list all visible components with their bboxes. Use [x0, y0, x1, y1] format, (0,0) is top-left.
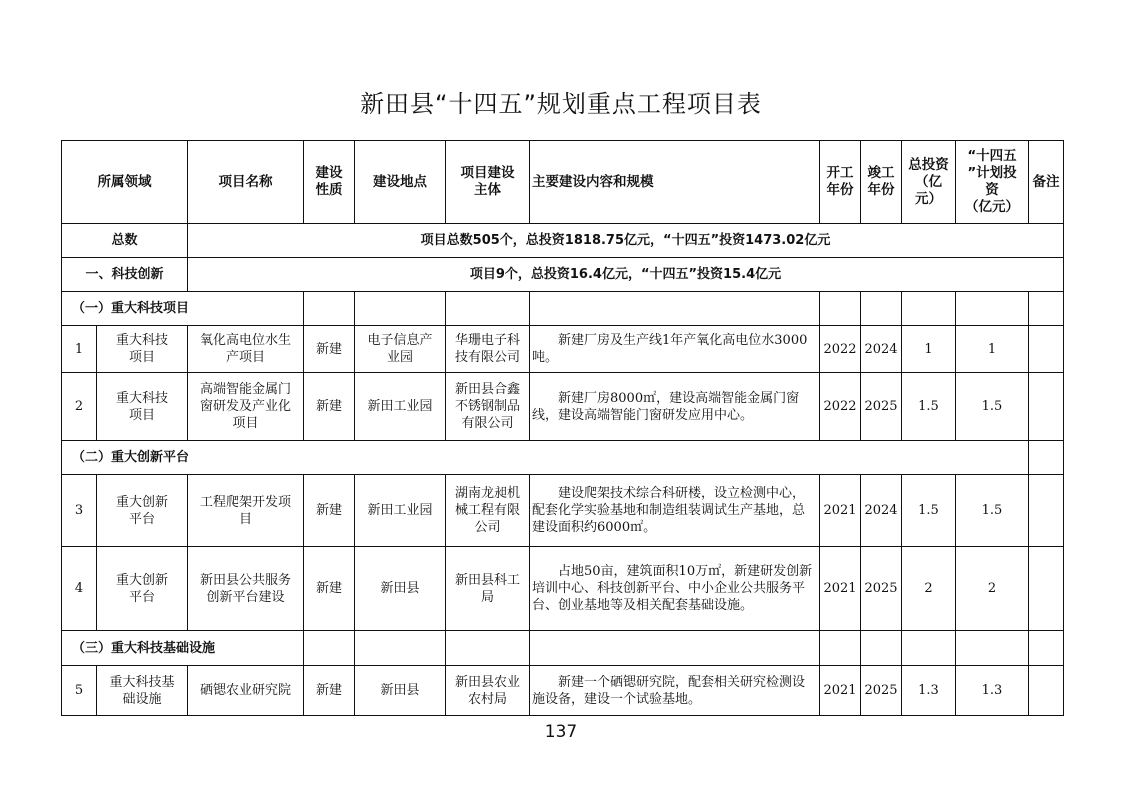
section-label: （二）重大创新平台	[62, 441, 1029, 475]
section-label: （一）重大科技项目	[62, 292, 304, 326]
domain: 重大科技 项目	[97, 373, 188, 441]
nature: 新建	[304, 547, 355, 631]
location: 新田县	[355, 547, 446, 631]
start-year: 2022	[820, 373, 861, 441]
header-row: 所属领域 项目名称 建设 性质 建设地点 项目建设 主体 主要建设内容和规模 开…	[62, 141, 1064, 224]
project-table: 所属领域 项目名称 建设 性质 建设地点 项目建设 主体 主要建设内容和规模 开…	[61, 140, 1064, 716]
seq: 4	[62, 547, 97, 631]
project-name: 新田县公共服务 创新平台建设	[188, 547, 304, 631]
total-invest: 1.3	[902, 666, 956, 716]
location: 新田县	[355, 666, 446, 716]
domain: 重大科技基 础设施	[97, 666, 188, 716]
total-invest: 1	[902, 326, 956, 373]
total-invest: 1.5	[902, 373, 956, 441]
remark	[1029, 666, 1064, 716]
remark	[1029, 373, 1064, 441]
remark	[1029, 326, 1064, 373]
category-label: 一、科技创新	[62, 258, 188, 292]
header-name: 项目名称	[188, 141, 304, 224]
page-number: 137	[0, 722, 1122, 742]
category-row: 一、科技创新 项目9个，总投资16.4亿元，“十四五”投资15.4亿元	[62, 258, 1064, 292]
header-domain: 所属领域	[62, 141, 188, 224]
start-year: 2021	[820, 475, 861, 547]
total-label: 总数	[62, 224, 188, 258]
owner: 华珊电子科 技有限公司	[446, 326, 530, 373]
header-total-invest: 总投资 （亿 元）	[902, 141, 956, 224]
category-summary: 项目9个，总投资16.4亿元，“十四五”投资15.4亿元	[188, 258, 1064, 292]
project-name: 硒锶农业研究院	[188, 666, 304, 716]
table-row: 3 重大创新 平台 工程爬架开发项 目 新建 新田工业园 湖南龙昶机 械工程有限…	[62, 475, 1064, 547]
plan-invest: 1.3	[956, 666, 1029, 716]
start-year: 2021	[820, 666, 861, 716]
header-remark: 备注	[1029, 141, 1064, 224]
remark	[1029, 547, 1064, 631]
section-label: （三）重大科技基础设施	[62, 631, 304, 666]
seq: 5	[62, 666, 97, 716]
owner: 新田县科工 局	[446, 547, 530, 631]
section-row: （二）重大创新平台	[62, 441, 1064, 475]
content: 建设爬架技术综合科研楼，设立检测中心，配套化学实验基地和制造组装调试生产基地，总…	[530, 475, 820, 547]
header-owner: 项目建设 主体	[446, 141, 530, 224]
location: 新田工业园	[355, 373, 446, 441]
content: 占地50亩，建筑面积10万㎡，新建研发创新培训中心、科技创新平台、中小企业公共服…	[530, 547, 820, 631]
plan-invest: 2	[956, 547, 1029, 631]
content: 新建厂房8000㎡，建设高端智能金属门窗线，建设高端智能门窗研发应用中心。	[530, 373, 820, 441]
header-content: 主要建设内容和规模	[530, 141, 820, 224]
header-location: 建设地点	[355, 141, 446, 224]
content: 新建厂房及生产线1年产氧化高电位水3000吨。	[530, 326, 820, 373]
total-invest: 1.5	[902, 475, 956, 547]
header-plan-invest: “十四五 ”计划投 资 （亿元）	[956, 141, 1029, 224]
nature: 新建	[304, 666, 355, 716]
domain: 重大科技 项目	[97, 326, 188, 373]
header-nature: 建设 性质	[304, 141, 355, 224]
table-row: 2 重大科技 项目 高端智能金属门 窗研发及产业化 项目 新建 新田工业园 新田…	[62, 373, 1064, 441]
project-name: 工程爬架开发项 目	[188, 475, 304, 547]
nature: 新建	[304, 475, 355, 547]
end-year: 2025	[861, 373, 902, 441]
start-year: 2022	[820, 326, 861, 373]
total-invest: 2	[902, 547, 956, 631]
owner: 新田县农业 农村局	[446, 666, 530, 716]
end-year: 2025	[861, 666, 902, 716]
table-row: 1 重大科技 项目 氧化高电位水生 产项目 新建 电子信息产 业园 华珊电子科 …	[62, 326, 1064, 373]
plan-invest: 1.5	[956, 475, 1029, 547]
end-year: 2024	[861, 475, 902, 547]
domain: 重大创新 平台	[97, 475, 188, 547]
table-row: 4 重大创新 平台 新田县公共服务 创新平台建设 新建 新田县 新田县科工 局 …	[62, 547, 1064, 631]
remark	[1029, 475, 1064, 547]
nature: 新建	[304, 373, 355, 441]
table-row: 5 重大科技基 础设施 硒锶农业研究院 新建 新田县 新田县农业 农村局 新建一…	[62, 666, 1064, 716]
plan-invest: 1	[956, 326, 1029, 373]
end-year: 2024	[861, 326, 902, 373]
project-name: 高端智能金属门 窗研发及产业化 项目	[188, 373, 304, 441]
location: 电子信息产 业园	[355, 326, 446, 373]
page-title: 新田县“十四五”规划重点工程项目表	[0, 84, 1122, 119]
domain: 重大创新 平台	[97, 547, 188, 631]
header-end-year: 竣工 年份	[861, 141, 902, 224]
owner: 湖南龙昶机 械工程有限 公司	[446, 475, 530, 547]
owner: 新田县合鑫 不锈钢制品 有限公司	[446, 373, 530, 441]
content: 新建一个硒锶研究院，配套相关研究检测设施设备，建设一个试验基地。	[530, 666, 820, 716]
seq: 3	[62, 475, 97, 547]
total-row: 总数 项目总数505个，总投资1818.75亿元，“十四五”投资1473.02亿…	[62, 224, 1064, 258]
nature: 新建	[304, 326, 355, 373]
total-summary: 项目总数505个，总投资1818.75亿元，“十四五”投资1473.02亿元	[188, 224, 1064, 258]
seq: 2	[62, 373, 97, 441]
plan-invest: 1.5	[956, 373, 1029, 441]
section-row: （一）重大科技项目	[62, 292, 1064, 326]
project-name: 氧化高电位水生 产项目	[188, 326, 304, 373]
seq: 1	[62, 326, 97, 373]
location: 新田工业园	[355, 475, 446, 547]
end-year: 2025	[861, 547, 902, 631]
section-row: （三）重大科技基础设施	[62, 631, 1064, 666]
header-start-year: 开工 年份	[820, 141, 861, 224]
start-year: 2021	[820, 547, 861, 631]
